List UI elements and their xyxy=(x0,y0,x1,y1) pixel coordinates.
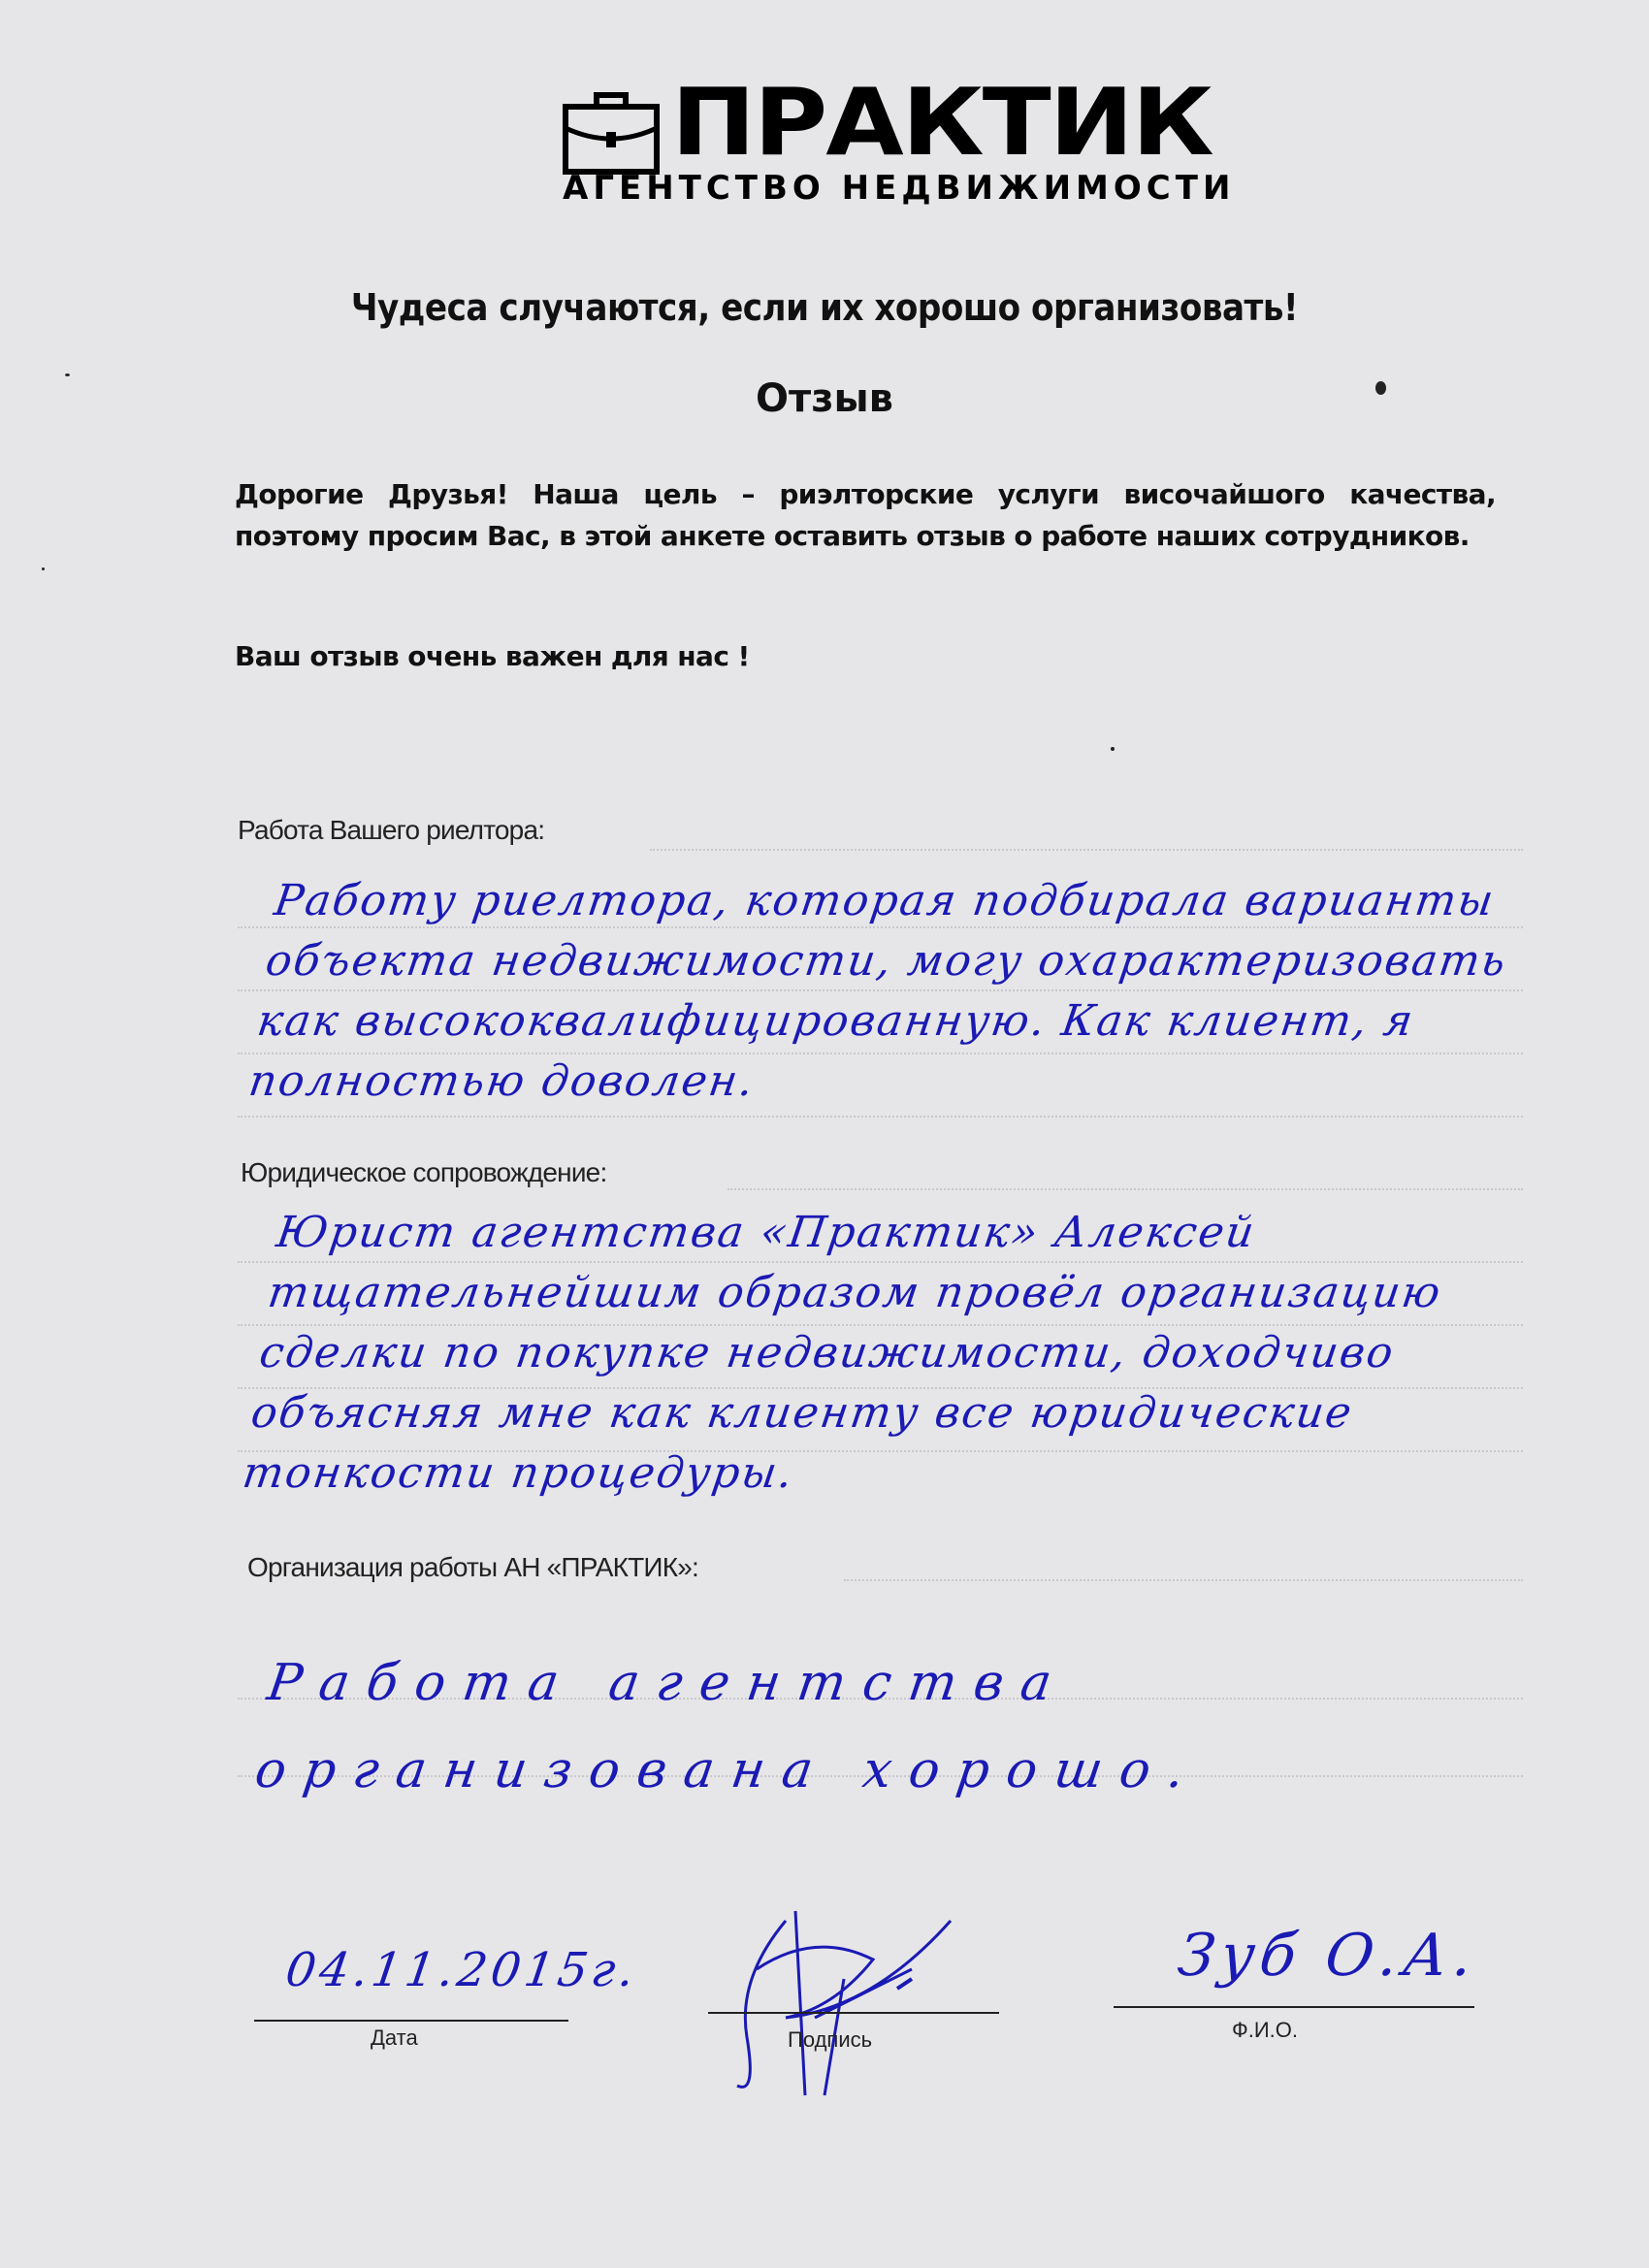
answer-legal[interactable]: Юрист агентства «Практик» Алексей тщател… xyxy=(239,1203,1542,1504)
date-line xyxy=(254,2020,568,2022)
dotted-line xyxy=(844,1579,1523,1581)
signature-scribble xyxy=(679,1892,989,2105)
dotted-line xyxy=(650,849,1523,851)
brand-subtitle: АГЕНТСТВО НЕДВИЖИМОСТИ xyxy=(563,169,1235,208)
name-value[interactable]: Зуб О.А. xyxy=(1175,1926,1482,1986)
date-value[interactable]: 04.11.2015г. xyxy=(282,1940,642,2000)
agency-logo: ПРАКТИК АГЕНТСТВО НЕДВИЖИМОСТИ xyxy=(563,68,1164,194)
signature-line xyxy=(708,2012,999,2014)
slogan: Чудеса случаются, если их хорошо организ… xyxy=(0,286,1649,329)
scan-speck xyxy=(1375,381,1386,395)
page-title: Отзыв xyxy=(0,376,1649,421)
dotted-line xyxy=(727,1188,1523,1190)
date-label: Дата xyxy=(371,2025,418,2051)
section-label-legal: Юридическое сопровождение: xyxy=(241,1157,606,1188)
intro-paragraph: Дорогие Друзья! Наша цель – риэлторские … xyxy=(235,473,1496,557)
dotted-line xyxy=(238,1116,1523,1118)
signature-label: Подпись xyxy=(788,2027,872,2053)
section-label-organization: Организация работы АН «ПРАКТИК»: xyxy=(247,1552,698,1583)
briefcase-icon xyxy=(563,89,660,175)
brand-name: ПРАКТИК xyxy=(671,76,1212,169)
answer-realtor[interactable]: Работу риелтора, которая подбирала вариа… xyxy=(245,871,1531,1112)
scan-speck xyxy=(1111,747,1115,751)
answer-organization[interactable]: Работа агентства организована хорошо. xyxy=(249,1639,1438,1814)
name-label: Ф.И.О. xyxy=(1232,2018,1298,2043)
section-label-realtor: Работа Вашего риелтора: xyxy=(238,815,544,846)
scan-speck xyxy=(42,567,45,570)
name-line xyxy=(1114,2006,1474,2008)
scan-speck xyxy=(65,373,70,376)
importance-note: Ваш отзыв очень важен для нас ! xyxy=(235,640,750,672)
